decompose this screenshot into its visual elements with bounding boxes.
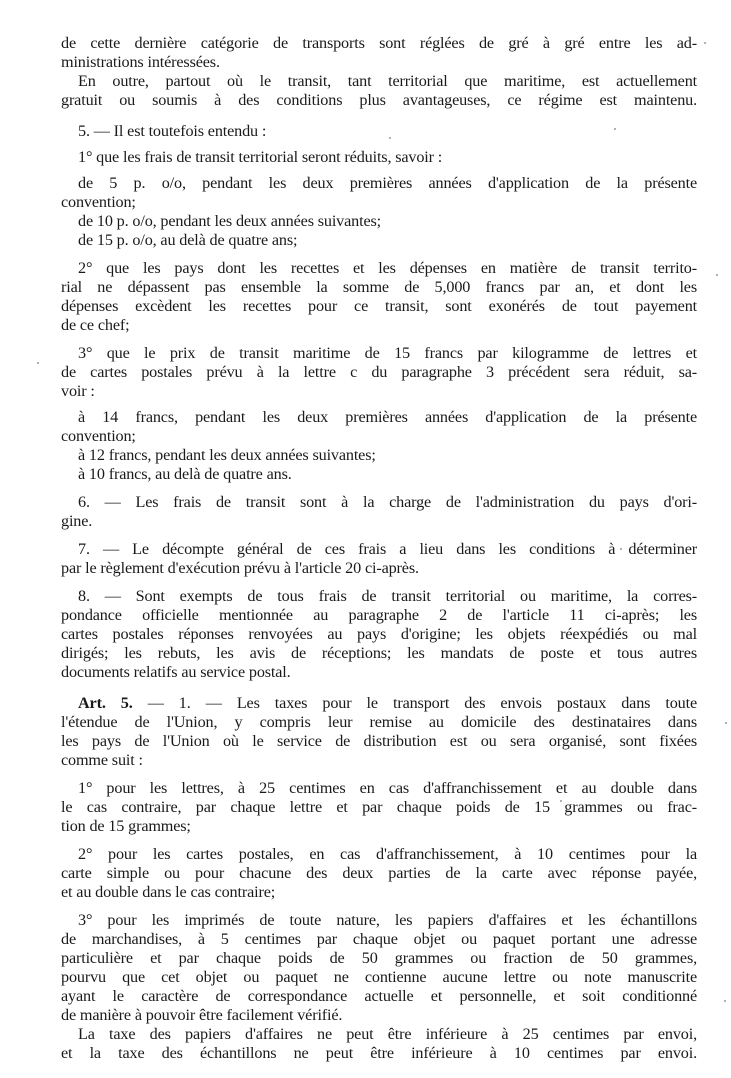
scan-speck xyxy=(725,722,727,724)
paragraph-para-6: 6. — Les frais de transit sont à la char… xyxy=(61,493,697,531)
text-line: rial ne dépassent pas ensemble la somme … xyxy=(61,278,697,297)
article-text: — 1. — Les taxes pour le transport des e… xyxy=(133,694,697,712)
text-line: 1° que les frais de transit territorial … xyxy=(61,148,697,167)
text-line: de 15 p. o/o, au delà de quatre ans; xyxy=(61,231,697,250)
text-line: 3° que le prix de transit maritime de 15… xyxy=(61,344,697,363)
paragraph-spacer xyxy=(61,401,697,408)
text-line: pondance officielle mentionnée au paragr… xyxy=(61,606,697,625)
text-line: de ce chef; xyxy=(61,316,697,335)
text-line: 1° pour les lettres, à 25 centimes en ca… xyxy=(61,779,697,798)
article-label: Art. 5. xyxy=(78,694,133,712)
paragraph-para-5-3-rates: à 14 francs, pendant les deux premières … xyxy=(61,408,697,484)
paragraph-spacer xyxy=(61,335,697,344)
text-line: pourvu que cet objet ou paquet ne contie… xyxy=(61,968,697,987)
scan-speck xyxy=(704,42,706,44)
text-line: de cette dernière catégorie de transport… xyxy=(61,34,697,53)
paragraph-spacer xyxy=(61,578,697,587)
scan-speck xyxy=(389,137,391,139)
paragraph-para-5-1-rates: de 5 p. o/o, pendant les deux premières … xyxy=(61,174,697,250)
paragraph-para-7: 7. — Le décompte général de ces frais a … xyxy=(61,540,697,578)
paragraph-spacer xyxy=(61,167,697,174)
text-line: 5. — Il est toutefois entendu : xyxy=(61,122,697,141)
paragraph-para-8: 8. — Sont exempts de tous frais de trans… xyxy=(61,587,697,682)
text-line: gine. xyxy=(61,512,697,531)
paragraph-art-5: Art. 5. — 1. — Les taxes pour le transpo… xyxy=(61,694,697,770)
scan-speck xyxy=(614,128,616,130)
text-line: voir : xyxy=(61,382,697,401)
paragraph-spacer xyxy=(61,250,697,259)
paragraph-spacer xyxy=(61,682,697,694)
paragraph-spacer xyxy=(61,531,697,540)
text-line: convention; xyxy=(61,193,697,212)
text-line: 3° pour les imprimés de toute nature, le… xyxy=(61,911,697,930)
text-line: En outre, partout où le transit, tant te… xyxy=(61,72,697,91)
text-line: Art. 5. — 1. — Les taxes pour le transpo… xyxy=(61,694,697,713)
text-line: à 10 francs, au delà de quatre ans. xyxy=(61,465,697,484)
text-line: gratuit ou soumis à des conditions plus … xyxy=(61,91,697,110)
scan-speck xyxy=(724,1000,726,1002)
text-line: particulière et par chaque poids de 50 g… xyxy=(61,949,697,968)
text-line: à 14 francs, pendant les deux premières … xyxy=(61,408,697,427)
text-line: et la taxe des échantillons ne peut être… xyxy=(61,1044,697,1063)
text-line: carte simple ou pour chacune des deux pa… xyxy=(61,864,697,883)
paragraph-spacer xyxy=(61,141,697,148)
scan-speck xyxy=(620,548,622,550)
paragraph-spacer xyxy=(61,484,697,493)
paragraph-para-5-1: 1° que les frais de transit territorial … xyxy=(61,148,697,167)
scan-speck xyxy=(37,362,39,364)
text-line: le cas contraire, par chaque lettre et p… xyxy=(61,798,697,817)
paragraph-para-5-2: 2° que les pays dont les recettes et les… xyxy=(61,259,697,335)
paragraph-para-5-3: 3° que le prix de transit maritime de 15… xyxy=(61,344,697,401)
text-line: de 5 p. o/o, pendant les deux premières … xyxy=(61,174,697,193)
text-line: les pays de l'Union où le service de dis… xyxy=(61,732,697,751)
text-line: de marchandises, à 5 centimes par chaque… xyxy=(61,930,697,949)
text-line: 6. — Les frais de transit sont à la char… xyxy=(61,493,697,512)
text-line: ayant le caractère de correspondance act… xyxy=(61,987,697,1006)
text-line: 8. — Sont exempts de tous frais de trans… xyxy=(61,587,697,606)
text-line: et au double dans le cas contraire; xyxy=(61,883,697,902)
scan-speck xyxy=(560,800,562,802)
text-line: comme suit : xyxy=(61,751,697,770)
paragraph-spacer xyxy=(61,110,697,122)
paragraph-intro: de cette dernière catégorie de transport… xyxy=(61,34,697,110)
text-line: ministrations intéressées. xyxy=(61,53,697,72)
paragraph-art-5-3: 3° pour les imprimés de toute nature, le… xyxy=(61,911,697,1063)
text-line: tion de 15 grammes; xyxy=(61,817,697,836)
paragraph-spacer xyxy=(61,902,697,911)
document-page: de cette dernière catégorie de transport… xyxy=(61,34,697,1063)
paragraph-spacer xyxy=(61,836,697,845)
text-line: de manière à pouvoir être facilement vér… xyxy=(61,1006,697,1025)
paragraph-art-5-2: 2° pour les cartes postales, en cas d'af… xyxy=(61,845,697,902)
paragraph-para-5-heading: 5. — Il est toutefois entendu : xyxy=(61,122,697,141)
scan-speck xyxy=(716,274,718,276)
text-line: convention; xyxy=(61,427,697,446)
text-line: de cartes postales prévu à la lettre c d… xyxy=(61,363,697,382)
text-line: à 12 francs, pendant les deux années sui… xyxy=(61,446,697,465)
text-line: cartes postales réponses renvoyées au pa… xyxy=(61,625,697,644)
text-line: 2° que les pays dont les recettes et les… xyxy=(61,259,697,278)
text-line: par le règlement d'exécution prévu à l'a… xyxy=(61,559,697,578)
text-line: l'étendue de l'Union, y compris leur rem… xyxy=(61,713,697,732)
text-line: La taxe des papiers d'affaires ne peut ê… xyxy=(61,1025,697,1044)
text-line: documents relatifs au service postal. xyxy=(61,663,697,682)
text-line: dépenses excèdent les recettes pour ce t… xyxy=(61,297,697,316)
paragraph-spacer xyxy=(61,770,697,779)
text-line: de 10 p. o/o, pendant les deux années su… xyxy=(61,212,697,231)
text-line: 2° pour les cartes postales, en cas d'af… xyxy=(61,845,697,864)
text-line: 7. — Le décompte général de ces frais a … xyxy=(61,540,697,559)
text-line: dirigés; les rebuts, les avis de récepti… xyxy=(61,644,697,663)
paragraph-art-5-1: 1° pour les lettres, à 25 centimes en ca… xyxy=(61,779,697,836)
